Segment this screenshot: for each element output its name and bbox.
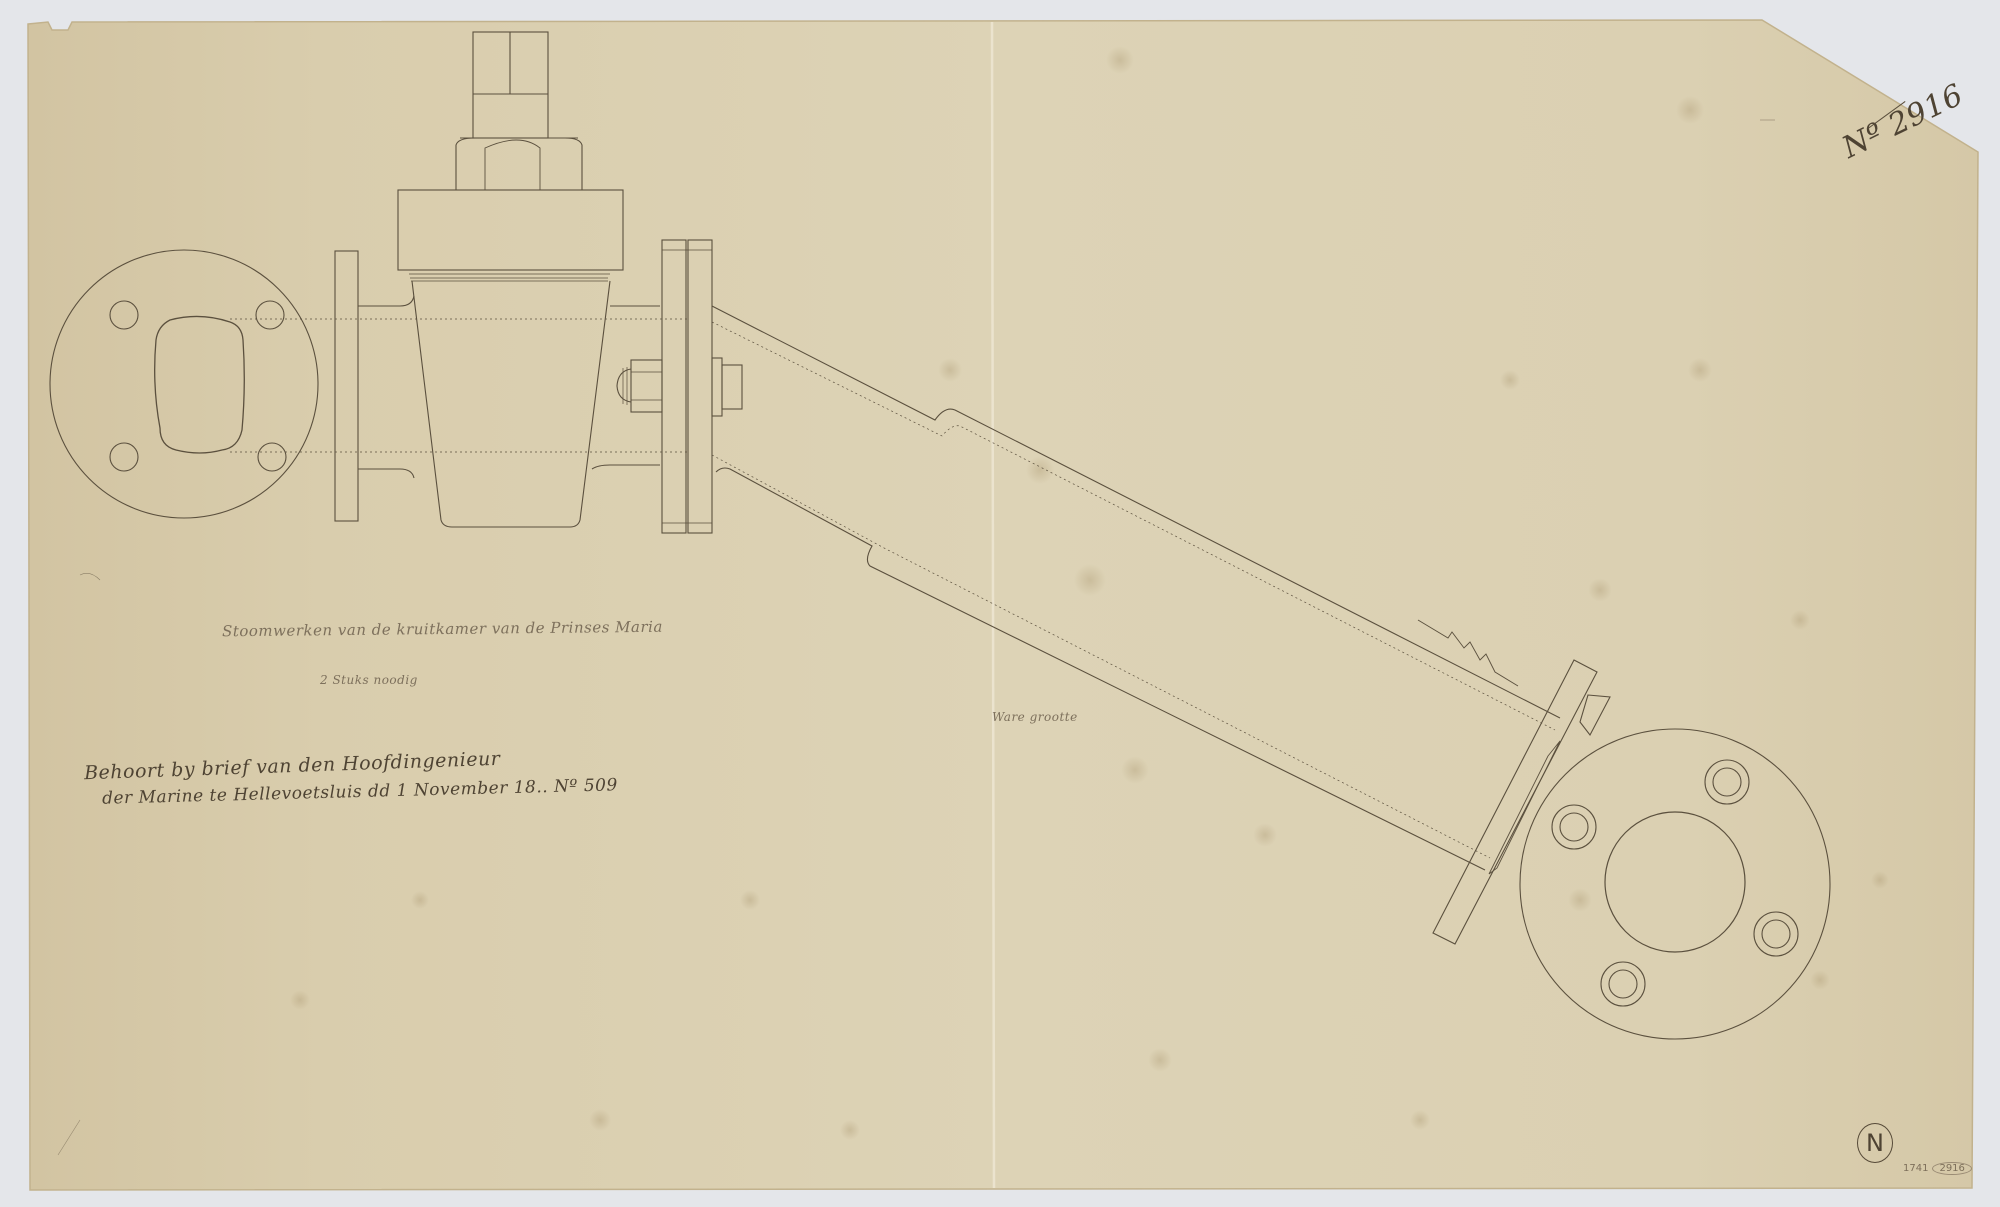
catalog-stamp-right: 2916	[1932, 1162, 1971, 1175]
quantity-note: 2 Stuks noodig	[320, 673, 418, 687]
paper-sheet	[28, 20, 1978, 1190]
catalog-stamp-left: 1741	[1903, 1163, 1928, 1174]
stamp-circle-n: N	[1857, 1123, 1893, 1163]
drawing-sheet	[0, 0, 2000, 1207]
catalog-stamp: 17412916	[1903, 1162, 1972, 1175]
scale-note: Ware grootte	[992, 710, 1078, 724]
